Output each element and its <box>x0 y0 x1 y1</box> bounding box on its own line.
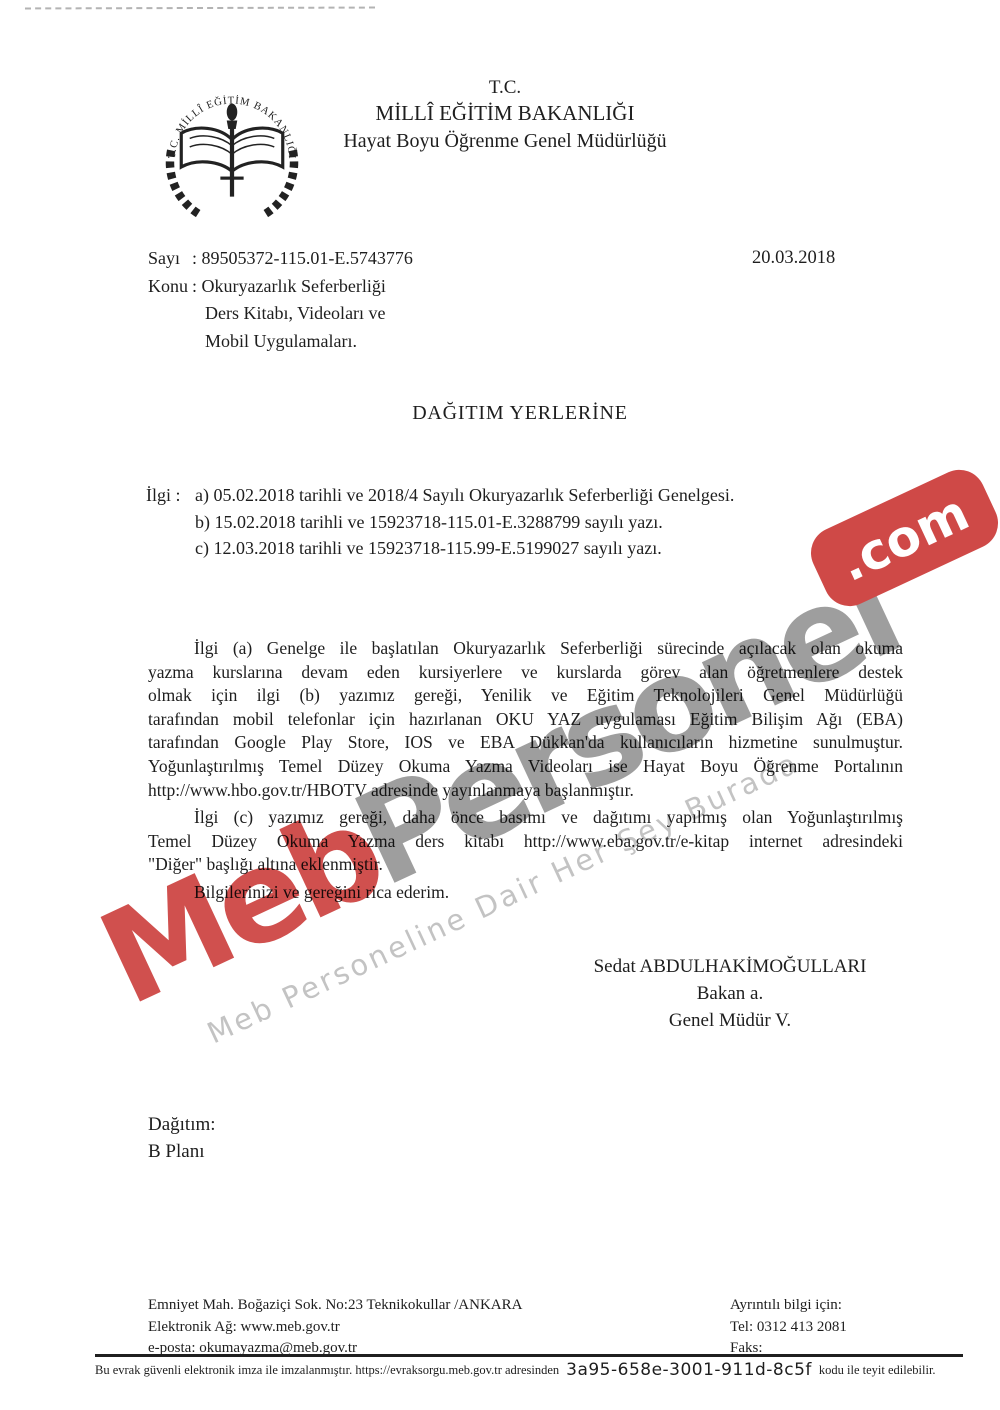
distribution-label: Dağıtım: <box>148 1111 216 1138</box>
reference-item: İlgi :a) 05.02.2018 tarihli ve 2018/4 Sa… <box>146 482 734 509</box>
konu-label: Konu <box>148 273 192 301</box>
sayi-row: Sayı: 89505372-115.01-E.5743776 <box>148 245 413 273</box>
distribution-value: B Planı <box>148 1138 216 1165</box>
verification-code: 3a95-658e-3001-911d-8c5f <box>566 1360 812 1380</box>
watermark-com-badge: .com <box>802 461 1000 614</box>
verification-suffix: kodu ile teyit edilebilir. <box>819 1363 936 1378</box>
body-line: olmak için ilgi (b) yazımız gereği, Yeni… <box>148 684 903 708</box>
signer-title2: Genel Müdür V. <box>530 1007 930 1034</box>
republic-title: T.C. <box>0 77 1000 99</box>
body-line: yazma kurslarına devam eden kursiyerlere… <box>148 661 903 685</box>
scan-artifact-line <box>25 7 375 10</box>
body-line: Bilgilerinizi ve gereğini rica ederim. <box>148 881 903 905</box>
sayi-value: : 89505372-115.01-E.5743776 <box>192 248 413 268</box>
body-line: Yoğunlaştırılmış Temel Düzey Okuma Yazma… <box>148 755 903 779</box>
body-line: http://www.hbo.gov.tr/HBOTV adresinde ya… <box>148 779 903 803</box>
verification-prefix: Bu evrak güvenli elektronik imza ile imz… <box>95 1363 559 1378</box>
body-line: Temel Düzey Okuma Yazma ders kitabı http… <box>148 830 903 854</box>
footer-contact-left: Emniyet Mah. Boğaziçi Sok. No:23 Tekniko… <box>148 1295 522 1360</box>
document-date: 20.03.2018 <box>752 248 835 269</box>
department-title: Hayat Boyu Öğrenme Genel Müdürlüğü <box>0 129 1000 153</box>
konu-line3: Mobil Uygulamaları. <box>148 328 413 356</box>
signer-title1: Bakan a. <box>530 980 930 1007</box>
verification-line: Bu evrak güvenli elektronik imza ile imz… <box>95 1360 975 1380</box>
references-label: İlgi : <box>146 482 195 509</box>
konu-value: : Okuryazarlık Seferberliği <box>192 276 386 296</box>
body-text: İlgi (a) Genelge ile başlatılan Okuryaza… <box>148 637 903 905</box>
reference-item: c) 12.03.2018 tarihli ve 15923718-115.99… <box>146 535 734 562</box>
footer-web: Elektronik Ağ: www.meb.gov.tr <box>148 1317 522 1339</box>
body-line: "Diğer" başlığı altına eklenmiştir. <box>148 853 903 877</box>
signer-name: Sedat ABDULHAKİMOĞULLARI <box>530 953 930 980</box>
distribution-block: Dağıtım: B Planı <box>148 1111 216 1165</box>
footer-tel: Tel: 0312 413 2081 <box>730 1317 847 1339</box>
signature-block: Sedat ABDULHAKİMOĞULLARI Bakan a. Genel … <box>530 953 930 1034</box>
konu-row: Konu: Okuryazarlık Seferberliği <box>148 273 413 301</box>
footer-contact-right: Ayrıntılı bilgi için: Tel: 0312 413 2081… <box>730 1295 847 1360</box>
footer-address: Emniyet Mah. Boğaziçi Sok. No:23 Tekniko… <box>148 1295 522 1317</box>
footer-info: Ayrıntılı bilgi için: <box>730 1295 847 1317</box>
letterhead: T.C. MİLLÎ EĞİTİM BAKANLIĞI Hayat Boyu Ö… <box>0 77 1000 153</box>
footer-divider <box>95 1354 963 1357</box>
references-block: İlgi :a) 05.02.2018 tarihli ve 2018/4 Sa… <box>146 482 734 562</box>
document-meta: Sayı: 89505372-115.01-E.5743776 Konu: Ok… <box>148 245 413 355</box>
ministry-title: MİLLÎ EĞİTİM BAKANLIĞI <box>0 101 1000 126</box>
reference-item: b) 15.02.2018 tarihli ve 15923718-115.01… <box>146 509 734 536</box>
body-line: tarafından mobil telefonlar için hazırla… <box>148 708 903 732</box>
body-line: İlgi (c) yazımız gereği, daha önce basım… <box>148 806 903 830</box>
sayi-label: Sayı <box>148 245 192 273</box>
document-page: T.C. MİLLÎ EĞİTİM BAKANLIĞI T.C. MİLLÎ E… <box>0 0 1000 1410</box>
body-line: tarafından Google Play Store, IOS ve EBA… <box>148 731 903 755</box>
body-line: İlgi (a) Genelge ile başlatılan Okuryaza… <box>148 637 903 661</box>
recipient-heading: DAĞITIM YERLERİNE <box>40 402 1000 425</box>
konu-line2: Ders Kitabı, Videoları ve <box>148 300 413 328</box>
